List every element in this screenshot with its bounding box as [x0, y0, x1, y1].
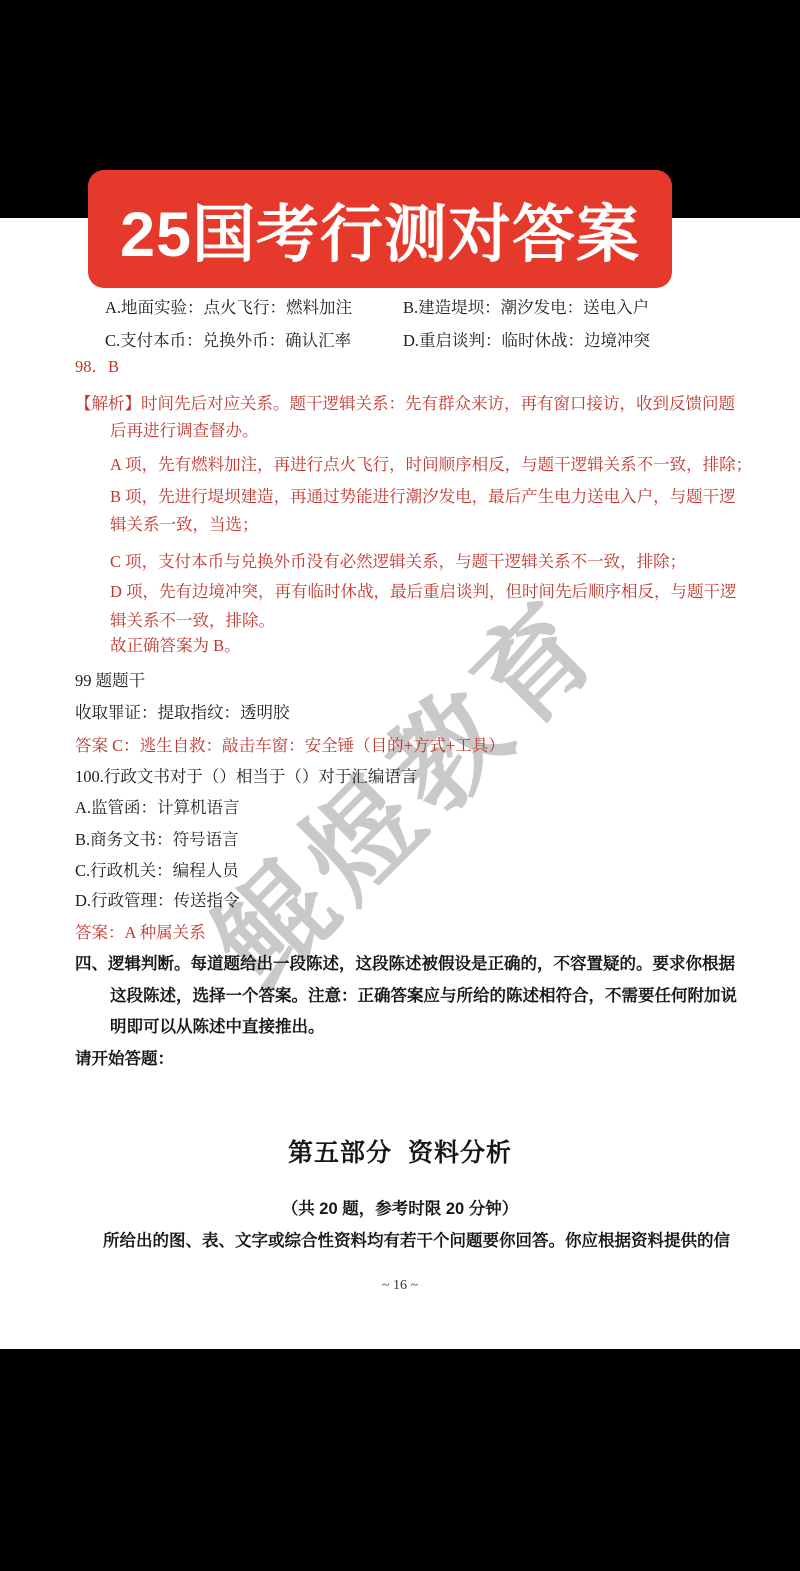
q98-analysis-line: 后再进行调查督办。: [110, 421, 259, 441]
section4-intro-line: 四、逻辑判断。每道题给出一段陈述，这段陈述被假设是正确的，不容置疑的。要求你根据: [75, 954, 735, 974]
q100-option-a: A.监管函：计算机语言: [75, 798, 240, 818]
screenshot-canvas: { "banner": { "title": "25国考行测对答案" }, "w…: [0, 0, 800, 1571]
q97-option-d: D.重启谈判：临时休战：边境冲突: [403, 331, 650, 351]
q100-option-c: C.行政机关：编程人员: [75, 861, 239, 881]
q97-option-a: A.地面实验：点火飞行：燃料加注: [105, 298, 352, 318]
q100-option-d: D.行政管理：传送指令: [75, 891, 240, 911]
q99-stem: 收取罪证：提取指纹：透明胶: [75, 703, 290, 723]
q100-answer: 答案：A 种属关系: [75, 923, 206, 943]
q100-stem: 100.行政文书对于（）相当于（）对于汇编语言: [75, 767, 417, 787]
q98-analysis-line: 辑关系一致，当选；: [110, 515, 259, 535]
q97-option-c: C.支付本币：兑换外币：确认汇率: [105, 331, 351, 351]
q99-answer: 答案 C：逃生自救：敲击车窗：安全锤（目的+方式+工具）: [75, 736, 505, 756]
part5-heading: 第五部分 资料分析: [0, 1138, 800, 1168]
begin-answer-prompt: 请开始答题：: [75, 1049, 174, 1069]
part5-time-note: （共 20 题，参考时限 20 分钟）: [0, 1199, 800, 1219]
banner-title-text: 25国考行测对答案: [120, 184, 640, 275]
q98-analysis-line: A 项，先有燃料加注，再进行点火飞行，时间顺序相反，与题干逻辑关系不一致，排除；: [110, 455, 752, 475]
q98-analysis-line: B 项，先进行堤坝建造，再通过势能进行潮汐发电，最后产生电力送电入户，与题干逻: [110, 487, 736, 507]
q100-option-b: B.商务文书：符号语言: [75, 830, 239, 850]
q98-analysis-conclusion: 故正确答案为 B。: [110, 636, 241, 656]
q97-option-b: B.建造堤坝：潮汐发电：送电入户: [403, 298, 649, 318]
q99-stem-label: 99 题题干: [75, 671, 145, 691]
section4-intro-line: 明即可以从陈述中直接推出。: [110, 1017, 325, 1037]
document-page: 鲲煜教育 A.地面实验：点火飞行：燃料加注 B.建造堤坝：潮汐发电：送电入户 C…: [0, 218, 800, 1349]
title-banner: 25国考行测对答案: [88, 170, 672, 288]
q98-analysis-line: 辑关系不一致，排除。: [110, 611, 275, 631]
q98-answer: 98．B: [75, 357, 119, 377]
q98-analysis-line: D 项，先有边境冲突，再有临时休战，最后重启谈判，但时间先后顺序相反，与题干逻: [110, 582, 737, 602]
section4-intro-line: 这段陈述，选择一个答案。注意：正确答案应与所给的陈述相符合，不需要任何附加说: [110, 986, 737, 1006]
page-number: ~ 16 ~: [0, 1276, 800, 1296]
q98-analysis-line: C 项，支付本币与兑换外币没有必然逻辑关系，与题干逻辑关系不一致，排除；: [110, 552, 686, 572]
part5-intro-line: 所给出的图、表、文字或综合性资料均有若干个问题要你回答。你应根据资料提供的信: [103, 1231, 730, 1251]
q98-analysis-line: 【解析】时间先后对应关系。题干逻辑关系：先有群众来访，再有窗口接访，收到反馈问题: [75, 394, 735, 414]
